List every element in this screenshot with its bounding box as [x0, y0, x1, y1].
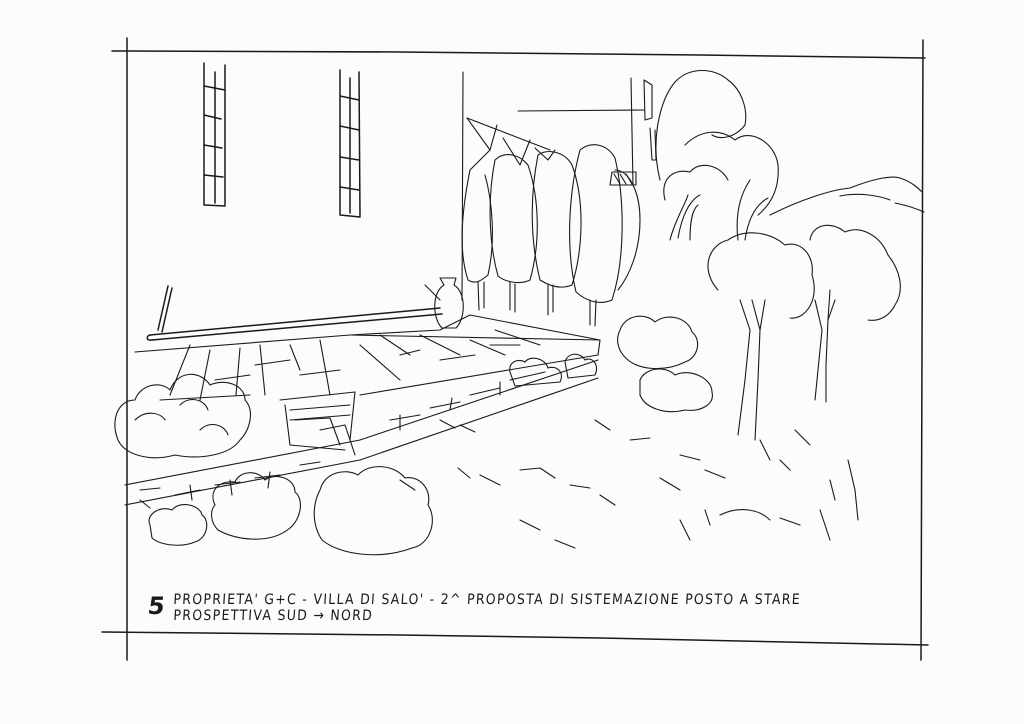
olive-trees [708, 225, 900, 440]
caption-title: PROPRIETA' G+C - VILLA DI SALO' - 2^ PRO… [173, 590, 802, 607]
retaining-wall [125, 360, 598, 508]
drawing-frame [102, 38, 928, 660]
caption-subtitle: PROSPETTIVA SUD → NORD [173, 606, 374, 623]
distant-hills [770, 177, 924, 215]
drawing-sheet: 5 PROPRIETA' G+C - VILLA DI SALO' - 2^ P… [0, 0, 1024, 724]
terrace-step [285, 405, 355, 455]
stone-terrace [135, 315, 600, 400]
pergola-frame [467, 118, 555, 170]
lawn-grass-strokes [400, 420, 858, 548]
background-trees [656, 71, 778, 241]
amphora-vase [425, 278, 463, 328]
villa-window-left [204, 63, 225, 206]
villa-window-middle [340, 70, 360, 217]
